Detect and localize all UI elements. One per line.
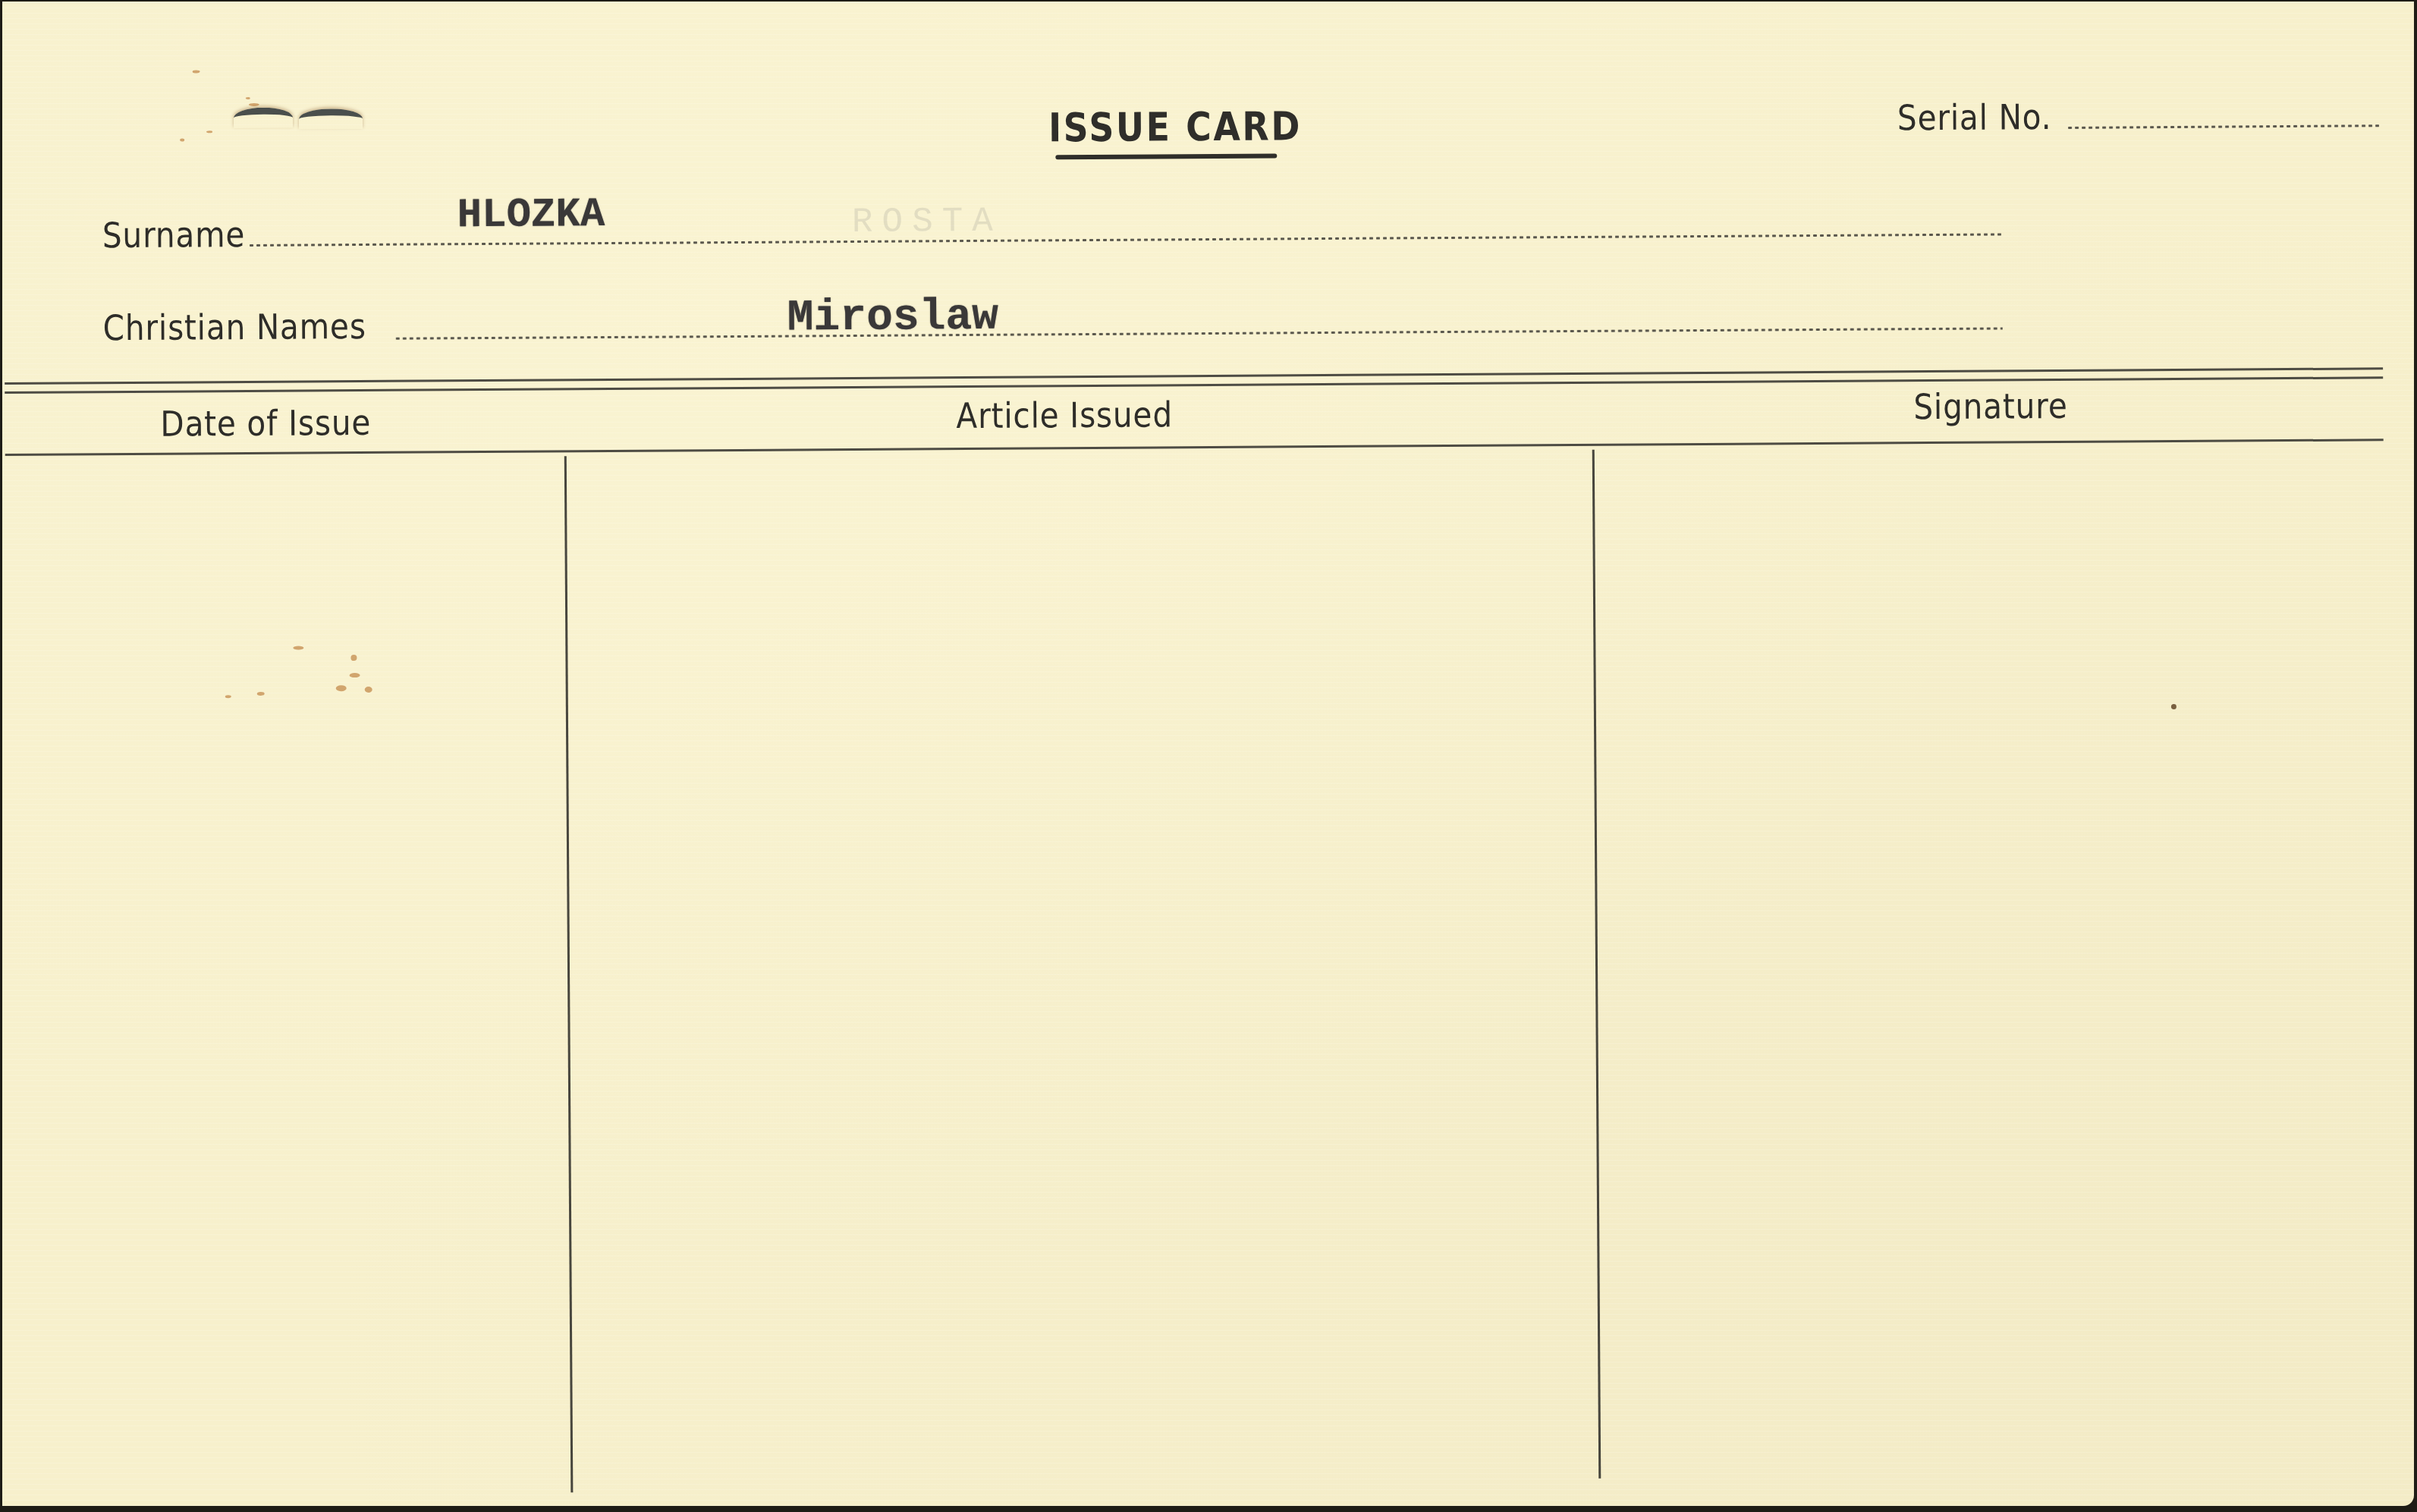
bleed-through-text: ROSTA: [852, 202, 1002, 242]
column-date-of-issue[interactable]: [5, 453, 571, 1496]
rust-spot: [206, 130, 212, 133]
christian-names-label: Christian Names: [103, 306, 366, 348]
staple-mark-right: [299, 108, 363, 130]
column-article-issued[interactable]: [567, 447, 1598, 1492]
christian-names-dotted-line: [394, 327, 2003, 339]
serial-no-dotted-line: [2067, 124, 2379, 129]
staple-mark-left: [234, 108, 293, 128]
surname-label: Surname: [102, 214, 246, 256]
rust-spot: [180, 138, 184, 141]
serial-no-label: Serial No.: [1897, 96, 2052, 138]
card-title: ISSUE CARD: [1048, 104, 1302, 151]
column-header-date-of-issue: Date of Issue: [160, 402, 371, 445]
title-underline: [1055, 153, 1277, 159]
column-header-signature: Signature: [1913, 385, 2068, 427]
issue-card: ISSUE CARD Serial No. Surname HLOZKA ROS…: [2, 2, 2414, 1506]
card-content: ISSUE CARD Serial No. Surname HLOZKA ROS…: [2, 2, 2414, 1506]
christian-names-value: Miroslaw: [787, 293, 998, 344]
rust-spot: [249, 103, 259, 106]
column-header-article-issued: Article Issued: [956, 394, 1173, 436]
rust-spot: [246, 97, 250, 99]
surname-value: HLOZKA: [457, 192, 605, 239]
column-signature[interactable]: [1595, 442, 2390, 1486]
rust-spot: [193, 70, 200, 73]
